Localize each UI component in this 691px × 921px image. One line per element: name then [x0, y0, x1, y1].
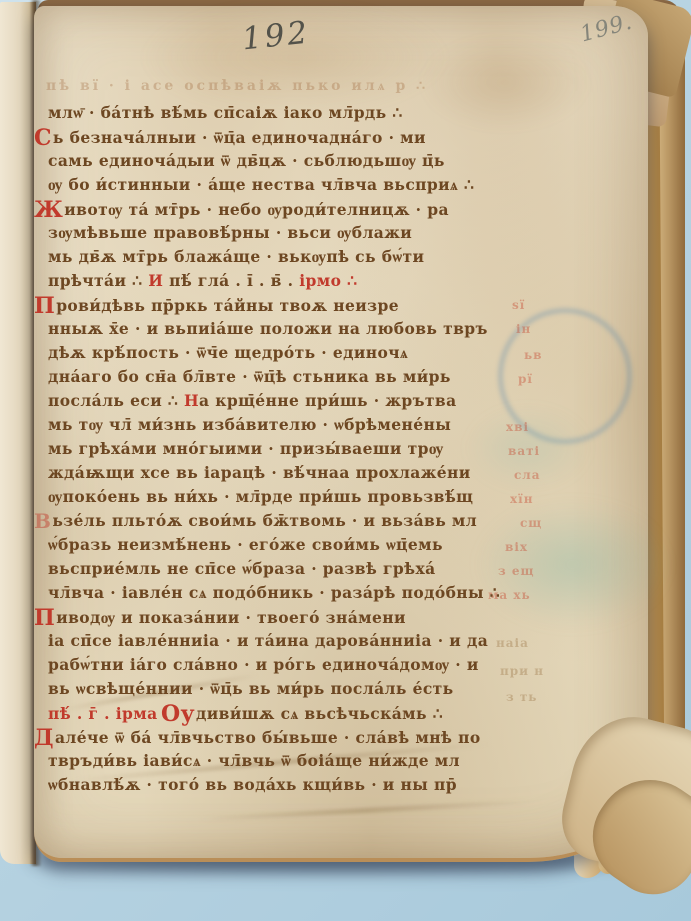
folio-number-center: 192: [240, 15, 312, 58]
text-line: мь тѹ чл̄ ми́знь изба́вителю · ѡбрѣмене́…: [48, 415, 536, 439]
red-initial: В: [34, 509, 51, 533]
text-segment: дна́аго бо сн̄а бл̄вте · ѿц̄ѣ стьника вь…: [48, 367, 451, 386]
text-line: чл̄вча · іавле́н сѧ подо́бникь · раза́рѣ…: [48, 583, 536, 607]
text-segment: посла́ль еси ∴: [48, 391, 184, 410]
red-initial: П: [34, 293, 55, 319]
text-segment: рови́дѣвь пр̄ркь та́йны твоѫ неизре: [56, 296, 399, 315]
text-line: мь дв̄ѫ мт̄рь блажа́ще · вькѹпѣ сь бѡ́ти: [48, 247, 536, 271]
red-initial: С: [34, 125, 52, 151]
text-line: прѣчта́и ∴ И пѣ́ гла́ . і̄ . в̄ . ірмо ∴: [48, 271, 536, 295]
text-line: мь грѣха́ми мно́гыими · призы́ваеши трѹ: [48, 439, 536, 463]
text-line: жда́ѭщи хсе вь іарацѣ · вѣ́чнаа прохлаже…: [48, 463, 536, 487]
text-segment: але́че ѿ ба́ чл̄вчьство бы́вьше · сла́вѣ…: [55, 728, 481, 747]
text-segment: диви́шѫ сѧ вьсѣчьска́мь ∴: [196, 704, 443, 723]
text-line: дѣѫ крѣ́пость · ѿч̄е щедро́ть · единочѧ: [48, 343, 536, 367]
text-line: Прови́дѣвь пр̄ркь та́йны твоѫ неизре: [48, 295, 536, 319]
text-line: ѡ́бразь неизмѣ́нень · его́же свои́мь ѡц̄…: [48, 535, 536, 559]
text-segment: млѡ̄ · ба́тнѣ вѣ́мь сп̄саіѫ іако мл̄рдь …: [48, 103, 403, 122]
text-line: Животѹ та́ мт̄рь · небо ѹроди́телницѫ · …: [48, 199, 536, 223]
text-segment: самь единоча́дыи ѿ дв̄цѫ · сьблюдьшѹ ц̄ь: [48, 151, 445, 170]
text-line: Вьзе́ль пльто́ѫ свои́мь бж̄твомь · и вьз…: [48, 511, 536, 535]
text-segment: ѹ бо и́стинныи · а́ще нества чл̄вча вьсп…: [48, 175, 474, 194]
text-line: вь ѡсвѣще́ннии · ѿц̄ь вь ми́рь посла́ль …: [48, 679, 536, 703]
red-initial: Д: [34, 725, 54, 751]
text-segment: ьзе́ль пльто́ѫ свои́мь бж̄твомь · и вьза…: [52, 511, 477, 530]
text-segment: іа сп̄се іавле́нниіа · и та́ина дарова́н…: [48, 631, 488, 650]
text-line: ѡбнавлѣ́ѫ · того́ вь вода́хь кщи́вь · и …: [48, 775, 536, 799]
text-line: млѡ̄ · ба́тнѣ вѣ́мь сп̄саіѫ іако мл̄рдь …: [48, 103, 536, 127]
text-segment: нныѫ х̄е · и вьпиіа́ше положи на любовь …: [48, 319, 488, 338]
text-line: нныѫ х̄е · и вьпиіа́ше положи на любовь …: [48, 319, 536, 343]
text-segment: твръди́вь іави́сѧ · чл̄вчь ѿ боіа́ще ни́…: [48, 751, 460, 770]
text-line: Сь безнача́лныи · ѿц̄а единочадна́го · м…: [48, 127, 536, 151]
text-block: млѡ̄ · ба́тнѣ вѣ́мь сп̄саіѫ іако мл̄рдь …: [48, 103, 536, 799]
text-segment: И: [148, 271, 163, 290]
text-segment: мь дв̄ѫ мт̄рь блажа́ще · вькѹпѣ сь бѡ́ти: [48, 247, 424, 266]
text-segment: ірмо ∴: [299, 271, 357, 290]
text-line: іа сп̄се іавле́нниіа · и та́ина дарова́н…: [48, 631, 536, 655]
text-segment: дѣѫ крѣ́пость · ѿч̄е щедро́ть · единочѧ: [48, 343, 408, 362]
text-line: Пиводѹ и показа́нии · твоего́ зна́мени: [48, 607, 536, 631]
text-segment: ѹпоко́ень вь ни́хь · мл̄рде при́шь провь…: [48, 487, 473, 506]
text-segment: вь ѡсвѣще́ннии · ѿц̄ь вь ми́рь посла́ль …: [48, 679, 454, 698]
text-segment: рабѡ́тни іа́го сла́вно · и ро́гь единоча…: [48, 655, 479, 674]
text-line: самь единоча́дыи ѿ дв̄цѫ · сьблюдьшѹ ц̄ь: [48, 151, 536, 175]
text-segment: мь грѣха́ми мно́гыими · призы́ваеши трѹ: [48, 439, 444, 458]
text-segment: ѡ́бразь неизмѣ́нень · его́же свои́мь ѡц̄…: [48, 535, 443, 554]
text-line: вьсприе́мль не сп̄се ѡ́браза · развѣ грѣ…: [48, 559, 536, 583]
red-initial: П: [34, 605, 55, 631]
manuscript-photo: 192 199. пѣ вї · і асе оспѣваіѫ пько илѧ…: [0, 0, 691, 921]
text-segment: ѡбнавлѣ́ѫ · того́ вь вода́хь кщи́вь · и …: [48, 775, 457, 794]
red-initial: Ж: [34, 197, 63, 223]
text-line: Дале́че ѿ ба́ чл̄вчьство бы́вьше · сла́в…: [48, 727, 536, 751]
red-initial: Оу: [161, 701, 195, 727]
text-segment: зѹмѣвьше правовѣ́рны · вьси ѹблажи: [48, 223, 412, 242]
text-segment: пѣ́ . г̄ . ірма .: [48, 704, 175, 723]
text-line: зѹмѣвьше правовѣ́рны · вьси ѹблажи: [48, 223, 536, 247]
running-header-faded: пѣ вї · і асе оспѣваіѫ пько илѧ р ∴: [46, 78, 428, 95]
text-line: пѣ́ . г̄ . ірма . Оудиви́шѫ сѧ вьсѣчьска…: [48, 703, 536, 727]
text-segment: пѣ́ гла́ . і̄ . в̄ .: [163, 271, 299, 290]
text-segment: вьсприе́мль не сп̄се ѡ́браза · развѣ грѣ…: [48, 559, 436, 578]
text-segment: ь безнача́лныи · ѿц̄а единочадна́го · ми: [53, 128, 426, 147]
text-line: рабѡ́тни іа́го сла́вно · и ро́гь единоча…: [48, 655, 536, 679]
text-line: твръди́вь іави́сѧ · чл̄вчь ѿ боіа́ще ни́…: [48, 751, 536, 775]
text-line: ѹпоко́ень вь ни́хь · мл̄рде при́шь провь…: [48, 487, 536, 511]
text-segment: прѣчта́и ∴: [48, 271, 148, 290]
text-segment: а крщ̄е́нне при́шь · жрътва: [199, 391, 457, 410]
text-segment: мь тѹ чл̄ ми́знь изба́вителю · ѡбрѣмене́…: [48, 415, 451, 434]
text-line: посла́ль еси ∴ На крщ̄е́нне при́шь · жръ…: [48, 391, 536, 415]
text-line: ѹ бо и́стинныи · а́ще нества чл̄вча вьсп…: [48, 175, 536, 199]
text-line: дна́аго бо сн̄а бл̄вте · ѿц̄ѣ стьника вь…: [48, 367, 536, 391]
text-segment: ивотѹ та́ мт̄рь · небо ѹроди́телницѫ · р…: [64, 200, 449, 219]
text-segment: иводѹ и показа́нии · твоего́ зна́мени: [56, 608, 406, 627]
text-segment: Н: [184, 391, 199, 410]
text-segment: жда́ѭщи хсе вь іарацѣ · вѣ́чнаа прохлаже…: [48, 463, 471, 482]
text-segment: чл̄вча · іавле́н сѧ подо́бникь · раза́рѣ…: [48, 583, 500, 602]
